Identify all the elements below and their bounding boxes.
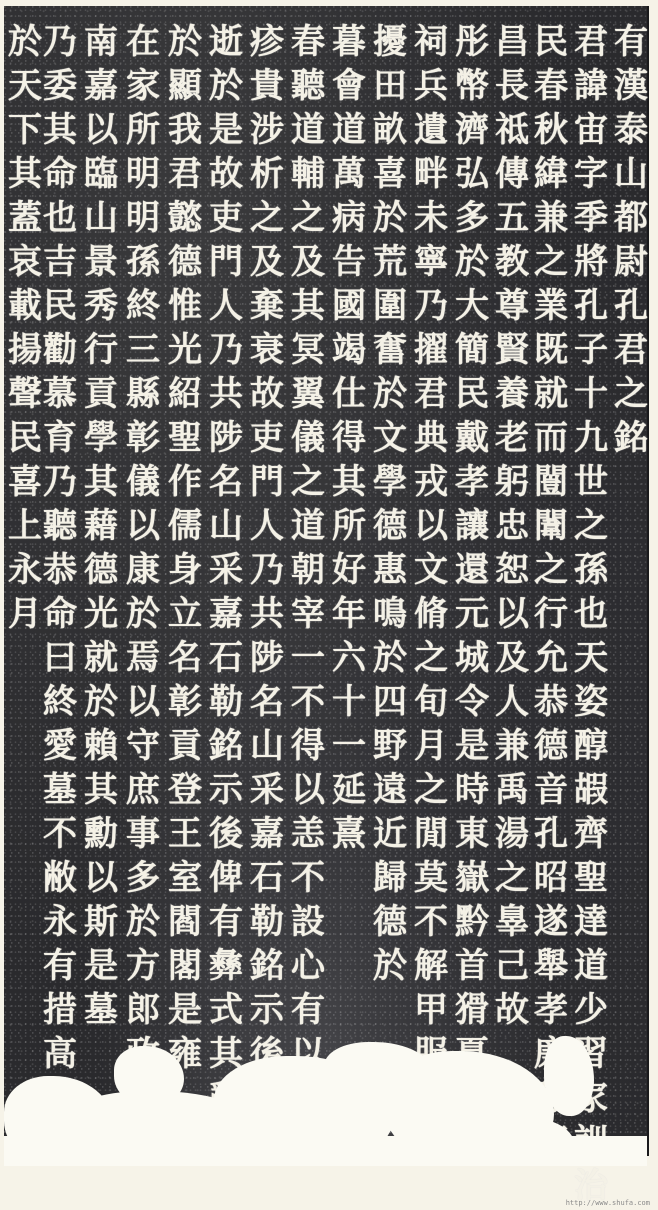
inscription-character: 緯 <box>530 152 572 196</box>
inscription-character: 示 <box>246 988 288 1032</box>
inscription-character: 終 <box>122 284 164 328</box>
inscription-character: 民 <box>4 416 46 460</box>
inscription-character: 恙 <box>287 812 329 856</box>
inscription-character: 紹 <box>164 372 206 416</box>
inscription-character: 行 <box>80 328 122 372</box>
inscription-character: 賢 <box>491 328 533 372</box>
inscription-character: 是 <box>164 988 206 1032</box>
inscription-character: 孔 <box>610 284 652 328</box>
inscription-character: 名 <box>164 636 206 680</box>
inscription-character: 季 <box>570 196 612 240</box>
inscription-character: 不 <box>287 856 329 900</box>
inscription-column: 擾田畝喜於荒圍奮於文學德惠鳴於四野遠近歸德於 <box>369 20 411 988</box>
inscription-character: 式 <box>205 988 247 1032</box>
inscription-character: 貴 <box>246 64 288 108</box>
inscription-character: 業 <box>530 284 572 328</box>
inscription-character: 湯 <box>491 812 533 856</box>
inscription-character: 示 <box>205 768 247 812</box>
inscription-character: 荒 <box>369 240 411 284</box>
inscription-character: 采 <box>246 768 288 812</box>
inscription-character: 孔 <box>530 812 572 856</box>
inscription-character: 德 <box>369 504 411 548</box>
inscription-character: 其 <box>328 460 370 504</box>
inscription-character: 其 <box>80 768 122 812</box>
inscription-character: 閒 <box>410 812 452 856</box>
inscription-character: 闈 <box>530 504 572 548</box>
inscription-character: 四 <box>369 680 411 724</box>
inscription-character: 門 <box>246 460 288 504</box>
inscription-column: 疹貴涉析之及棄衰故吏門人乃共陟名山采嘉石勒銘示後有無 <box>246 20 288 1164</box>
inscription-character: 守 <box>122 724 164 768</box>
inscription-character: 銘 <box>246 944 288 988</box>
inscription-character: 十 <box>328 680 370 724</box>
inscription-character: 一 <box>287 636 329 680</box>
inscription-character: 擢 <box>410 328 452 372</box>
inscription-character: 儀 <box>287 416 329 460</box>
inscription-character: 宰 <box>287 592 329 636</box>
inscription-character: 少 <box>570 988 612 1032</box>
inscription-character: 石 <box>205 636 247 680</box>
inscription-character: 甲 <box>410 988 452 1032</box>
inscription-character: 德 <box>369 900 411 944</box>
inscription-character: 揚 <box>4 328 46 372</box>
inscription-character: 君 <box>610 328 652 372</box>
inscription-character: 惠 <box>369 548 411 592</box>
inscription-character: 令 <box>451 680 493 724</box>
inscription-character: 儒 <box>164 504 206 548</box>
inscription-character: 五 <box>491 196 533 240</box>
inscription-character: 光 <box>80 592 122 636</box>
inscription-character: 聲 <box>4 372 46 416</box>
inscription-character: 立 <box>164 592 206 636</box>
inscription-character: 姿 <box>570 680 612 724</box>
inscription-character: 人 <box>205 284 247 328</box>
inscription-character: 嘉 <box>205 592 247 636</box>
inscription-character: 允 <box>530 636 572 680</box>
inscription-character: 喜 <box>369 152 411 196</box>
inscription-character: 人 <box>491 680 533 724</box>
inscription-character: 乃 <box>410 284 452 328</box>
inscription-character: 故 <box>491 988 533 1032</box>
inscription-character: 於 <box>205 64 247 108</box>
inscription-character: 心 <box>287 944 329 988</box>
inscription-character: 兼 <box>491 724 533 768</box>
inscription-character: 逝 <box>205 20 247 64</box>
inscription-character: 之 <box>410 636 452 680</box>
inscription-character: 都 <box>610 196 652 240</box>
inscription-character: 君 <box>164 152 206 196</box>
inscription-character: 首 <box>451 944 493 988</box>
inscription-character: 陟 <box>205 416 247 460</box>
inscription-character: 有 <box>610 20 652 64</box>
inscription-character: 疹 <box>246 20 288 64</box>
inscription-character: 典 <box>410 416 452 460</box>
inscription-character: 登 <box>164 768 206 812</box>
inscription-character: 十 <box>570 372 612 416</box>
inscription-character: 山 <box>205 504 247 548</box>
inscription-character: 畝 <box>369 108 411 152</box>
inscription-character: 閻 <box>164 900 206 944</box>
inscription-character: 泰 <box>610 108 652 152</box>
inscription-character: 長 <box>491 64 533 108</box>
inscription-character: 不 <box>39 812 81 856</box>
inscription-character: 之 <box>530 548 572 592</box>
inscription-character: 於 <box>4 20 46 64</box>
inscription-character: 有 <box>205 900 247 944</box>
inscription-character: 於 <box>80 680 122 724</box>
inscription-character: 康 <box>122 548 164 592</box>
inscription-character: 墓 <box>39 768 81 812</box>
inscription-column: 春聽道輔之及其冥翼儀之道朝宰一不得以恙不設心有以 <box>287 20 329 1076</box>
inscription-character: 墓 <box>80 988 122 1032</box>
inscription-character: 高 <box>39 1032 81 1076</box>
inscription-character: 元 <box>451 592 493 636</box>
inscription-character: 圍 <box>369 284 411 328</box>
inscription-character: 弘 <box>451 152 493 196</box>
inscription-character: 乃 <box>205 328 247 372</box>
inscription-character: 朝 <box>287 548 329 592</box>
inscription-character: 德 <box>164 240 206 284</box>
inscription-character: 道 <box>570 944 612 988</box>
inscription-character: 共 <box>205 372 247 416</box>
inscription-character: 於 <box>451 240 493 284</box>
inscription-character: 寧 <box>410 240 452 284</box>
inscription-character: 以 <box>122 504 164 548</box>
inscription-character: 君 <box>410 372 452 416</box>
inscription-character: 還 <box>451 548 493 592</box>
inscription-character: 勒 <box>205 680 247 724</box>
inscription-character: 其 <box>4 152 46 196</box>
inscription-character: 世 <box>570 460 612 504</box>
inscription-character: 名 <box>246 680 288 724</box>
inscription-character: 景 <box>80 240 122 284</box>
inscription-character: 明 <box>122 196 164 240</box>
inscription-character: 秋 <box>530 108 572 152</box>
inscription-character: 熹 <box>328 812 370 856</box>
inscription-character: 脩 <box>410 592 452 636</box>
inscription-character: 行 <box>530 592 572 636</box>
inscription-character: 春 <box>287 20 329 64</box>
inscription-character: 遠 <box>369 768 411 812</box>
inscription-character: 儀 <box>122 460 164 504</box>
inscription-character: 措 <box>39 988 81 1032</box>
inscription-character: 析 <box>246 152 288 196</box>
inscription-character: 莫 <box>410 856 452 900</box>
inscription-character: 方 <box>122 944 164 988</box>
inscription-character: 兼 <box>530 196 572 240</box>
inscription-character: 時 <box>451 768 493 812</box>
inscription-character: 戎 <box>410 460 452 504</box>
watermark: http://www.shufa.com <box>566 1199 650 1207</box>
inscription-character: 郎 <box>122 988 164 1032</box>
inscription-character: 終 <box>39 680 81 724</box>
inscription-character: 多 <box>451 196 493 240</box>
inscription-character: 年 <box>328 592 370 636</box>
inscription-character: 南 <box>80 20 122 64</box>
inscription-character: 其 <box>80 460 122 504</box>
inscription-character: 兵 <box>410 64 452 108</box>
inscription-character: 昭 <box>530 856 572 900</box>
inscription-character: 竭 <box>328 328 370 372</box>
inscription-character: 家 <box>122 64 164 108</box>
inscription-character: 孝 <box>530 988 572 1032</box>
inscription-character: 遺 <box>410 108 452 152</box>
inscription-character: 室 <box>164 856 206 900</box>
inscription-character: 事 <box>122 812 164 856</box>
inscription-character: 有 <box>287 988 329 1032</box>
inscription-character: 歸 <box>369 856 411 900</box>
inscription-character: 曰 <box>39 636 81 680</box>
inscription-character: 傳 <box>491 152 533 196</box>
inscription-character: 翼 <box>287 372 329 416</box>
inscription-character: 棄 <box>246 284 288 328</box>
inscription-character: 乃 <box>246 548 288 592</box>
inscription-character: 簡 <box>451 328 493 372</box>
inscription-character: 之 <box>287 196 329 240</box>
inscription-character: 冥 <box>287 328 329 372</box>
inscription-character: 東 <box>451 812 493 856</box>
inscription-character: 山 <box>80 196 122 240</box>
inscription-character: 我 <box>164 108 206 152</box>
inscription-character: 山 <box>610 152 652 196</box>
inscription-character: 德 <box>530 724 572 768</box>
inscription-character: 銘 <box>205 724 247 768</box>
inscription-character: 恭 <box>530 680 572 724</box>
inscription-column: 於天下其蓋哀載揚聲民喜上永月 <box>4 20 46 636</box>
inscription-character: 於 <box>122 592 164 636</box>
inscription-character: 嘉 <box>80 64 122 108</box>
inscription-character: 暮 <box>328 20 370 64</box>
inscription-character: 而 <box>530 416 572 460</box>
inscription-character: 彝 <box>205 944 247 988</box>
inscription-character: 多 <box>122 856 164 900</box>
inscription-character: 城 <box>451 636 493 680</box>
inscription-character: 未 <box>410 196 452 240</box>
inscription-character: 賴 <box>80 724 122 768</box>
inscription-character: 民 <box>530 20 572 64</box>
inscription-character: 秀 <box>80 284 122 328</box>
inscription-character: 奮 <box>369 328 411 372</box>
inscription-character: 忠 <box>491 504 533 548</box>
inscription-character: 祠 <box>410 20 452 64</box>
inscription-character: 大 <box>451 284 493 328</box>
inscription-character: 辠 <box>491 900 533 944</box>
inscription-character: 藉 <box>80 504 122 548</box>
inscription-character: 天 <box>570 636 612 680</box>
inscription-character: 文 <box>369 416 411 460</box>
inscription-column: 祠兵遺畔未寧乃擢君典戎以文脩之旬月之閒莫不解甲服 <box>410 20 452 1076</box>
inscription-character: 聖 <box>570 856 612 900</box>
inscription-character: 貢 <box>164 724 206 768</box>
inscription-character: 告 <box>328 240 370 284</box>
inscription-character: 彰 <box>122 416 164 460</box>
inscription-character: 孔 <box>570 284 612 328</box>
inscription-character: 身 <box>164 548 206 592</box>
inscription-character: 猾 <box>451 988 493 1032</box>
inscription-character: 月 <box>410 724 452 768</box>
inscription-character: 嘉 <box>246 812 288 856</box>
inscription-character: 名 <box>205 460 247 504</box>
inscription-character: 哀 <box>4 240 46 284</box>
inscription-character: 三 <box>122 328 164 372</box>
inscription-character: 設 <box>287 900 329 944</box>
inscription-column: 於顯我君懿德惟光紹聖作儒身立名彰貢登王室閻閣是雍 <box>164 20 206 1076</box>
inscription-character: 孝 <box>451 460 493 504</box>
inscription-character: 臨 <box>80 152 122 196</box>
inscription-character: 故 <box>246 372 288 416</box>
inscription-character: 之 <box>287 460 329 504</box>
inscription-character: 就 <box>80 636 122 680</box>
inscription-character: 不 <box>410 900 452 944</box>
inscription-character: 陟 <box>246 636 288 680</box>
inscription-character: 諱 <box>570 64 612 108</box>
inscription-character: 庶 <box>122 768 164 812</box>
inscription-character: 采 <box>205 548 247 592</box>
inscription-character: 得 <box>287 724 329 768</box>
inscription-character: 尉 <box>610 240 652 284</box>
inscription-character: 閣 <box>164 944 206 988</box>
inscription-character: 舉 <box>530 944 572 988</box>
inscription-character: 之 <box>610 372 652 416</box>
inscription-character: 惟 <box>164 284 206 328</box>
inscription-character: 擾 <box>369 20 411 64</box>
inscription-character: 音 <box>530 768 572 812</box>
inscription-column: 有漢泰山都尉孔君之銘 <box>610 20 652 460</box>
inscription-column: 彤幣濟弘多於大簡民戴孝讓還元城令是時東嶽黔首猾夏不 <box>451 20 493 1120</box>
inscription-character: 民 <box>451 372 493 416</box>
inscription-character: 得 <box>328 416 370 460</box>
inscription-character: 懿 <box>164 196 206 240</box>
inscription-column: 在家所明明孫終三縣彰儀以康於焉以守庶事多於方郎政永 <box>122 20 164 1120</box>
inscription-character: 病 <box>328 196 370 240</box>
inscription-character: 於 <box>369 196 411 240</box>
inscription-character: 道 <box>287 504 329 548</box>
inscription-character: 德 <box>80 548 122 592</box>
inscription-character: 顯 <box>164 64 206 108</box>
inscription-character: 鳴 <box>369 592 411 636</box>
inscription-character: 解 <box>410 944 452 988</box>
inscription-character: 九 <box>570 416 612 460</box>
inscription-character: 延 <box>328 768 370 812</box>
inscription-character: 於 <box>164 20 206 64</box>
inscription-character: 近 <box>369 812 411 856</box>
inscription-character: 縣 <box>122 372 164 416</box>
inscription-character: 共 <box>246 592 288 636</box>
inscription-character: 於 <box>369 372 411 416</box>
inscription-character: 其 <box>287 284 329 328</box>
stele-rubbing: 有漢泰山都尉孔君之銘君諱宙字季將孔子十九世之孫也天姿醇嘏齊聖達道少習家訓治民春秋… <box>4 6 649 1156</box>
inscription-character: 於 <box>369 636 411 680</box>
inscription-character: 以 <box>491 592 533 636</box>
inscription-character: 己 <box>491 944 533 988</box>
inscription-character: 漢 <box>610 64 652 108</box>
inscription-character: 子 <box>570 328 612 372</box>
inscription-character: 闓 <box>530 460 572 504</box>
inscription-character: 既 <box>530 328 572 372</box>
inscription-character: 載 <box>4 284 46 328</box>
inscription-character: 彤 <box>451 20 493 64</box>
inscription-character: 文 <box>410 548 452 592</box>
inscription-character: 不 <box>287 680 329 724</box>
inscription-character: 教 <box>491 240 533 284</box>
inscription-character: 仕 <box>328 372 370 416</box>
inscription-character: 永 <box>4 548 46 592</box>
damage-area <box>4 1136 647 1166</box>
inscription-character: 吏 <box>246 416 288 460</box>
inscription-character: 石 <box>246 856 288 900</box>
inscription-character: 聖 <box>164 416 206 460</box>
inscription-character: 之 <box>530 240 572 284</box>
inscription-character: 彰 <box>164 680 206 724</box>
inscription-character: 勒 <box>246 900 288 944</box>
inscription-character: 有 <box>39 944 81 988</box>
inscription-character: 就 <box>530 372 572 416</box>
inscription-character: 好 <box>328 548 370 592</box>
inscription-character: 春 <box>530 64 572 108</box>
inscription-character: 永 <box>39 900 81 944</box>
inscription-character: 明 <box>122 152 164 196</box>
inscription-character: 後 <box>205 812 247 856</box>
inscription-character: 恕 <box>491 548 533 592</box>
inscription-character: 禹 <box>491 768 533 812</box>
inscription-character: 光 <box>164 328 206 372</box>
inscription-character: 將 <box>570 240 612 284</box>
inscription-character: 也 <box>570 592 612 636</box>
inscription-character: 以 <box>80 108 122 152</box>
inscription-column: 逝於是故吏門人乃共陟名山采嘉石勒銘示後俾有彝式其辭曰 <box>205 20 247 1164</box>
inscription-character: 愛 <box>39 724 81 768</box>
inscription-character: 貢 <box>80 372 122 416</box>
inscription-character: 讓 <box>451 504 493 548</box>
inscription-character: 道 <box>287 108 329 152</box>
inscription-character: 及 <box>246 240 288 284</box>
inscription-column: 昌長祗傳五教尊賢養老躬忠恕以及人兼禹湯之辠己故 <box>491 20 533 1032</box>
inscription-character: 及 <box>491 636 533 680</box>
inscription-character: 畔 <box>410 152 452 196</box>
inscription-character: 門 <box>205 240 247 284</box>
inscription-character: 道 <box>328 108 370 152</box>
inscription-character: 蓋 <box>4 196 46 240</box>
inscription-character: 字 <box>570 152 612 196</box>
inscription-column: 君諱宙字季將孔子十九世之孫也天姿醇嘏齊聖達道少習家訓治 <box>570 20 612 1208</box>
inscription-character: 之 <box>570 504 612 548</box>
inscription-character: 醇 <box>570 724 612 768</box>
inscription-character: 君 <box>570 20 612 64</box>
inscription-character: 於 <box>369 944 411 988</box>
inscription-column: 南嘉以臨山景秀行貢學其藉德光就於賴其勳以斯是墓 <box>80 20 122 1032</box>
inscription-character: 養 <box>491 372 533 416</box>
inscription-character: 六 <box>328 636 370 680</box>
inscription-character: 所 <box>122 108 164 152</box>
inscription-character: 以 <box>410 504 452 548</box>
inscription-character: 田 <box>369 64 411 108</box>
inscription-character: 嘏 <box>570 768 612 812</box>
inscription-character: 學 <box>80 416 122 460</box>
inscription-character: 以 <box>287 768 329 812</box>
inscription-character: 人 <box>246 504 288 548</box>
inscription-character: 以 <box>80 856 122 900</box>
inscription-character: 尊 <box>491 284 533 328</box>
inscription-character: 躬 <box>491 460 533 504</box>
inscription-character: 於 <box>122 900 164 944</box>
inscription-character: 所 <box>328 504 370 548</box>
inscription-character: 之 <box>491 856 533 900</box>
inscription-character: 戴 <box>451 416 493 460</box>
inscription-character: 山 <box>246 724 288 768</box>
inscription-column: 民春秋緯兼之業既就而闓闈之行允恭德音孔昭遂舉孝廉除郎 <box>530 20 572 1164</box>
inscription-character: 齊 <box>570 812 612 856</box>
inscription-character: 是 <box>80 944 122 988</box>
